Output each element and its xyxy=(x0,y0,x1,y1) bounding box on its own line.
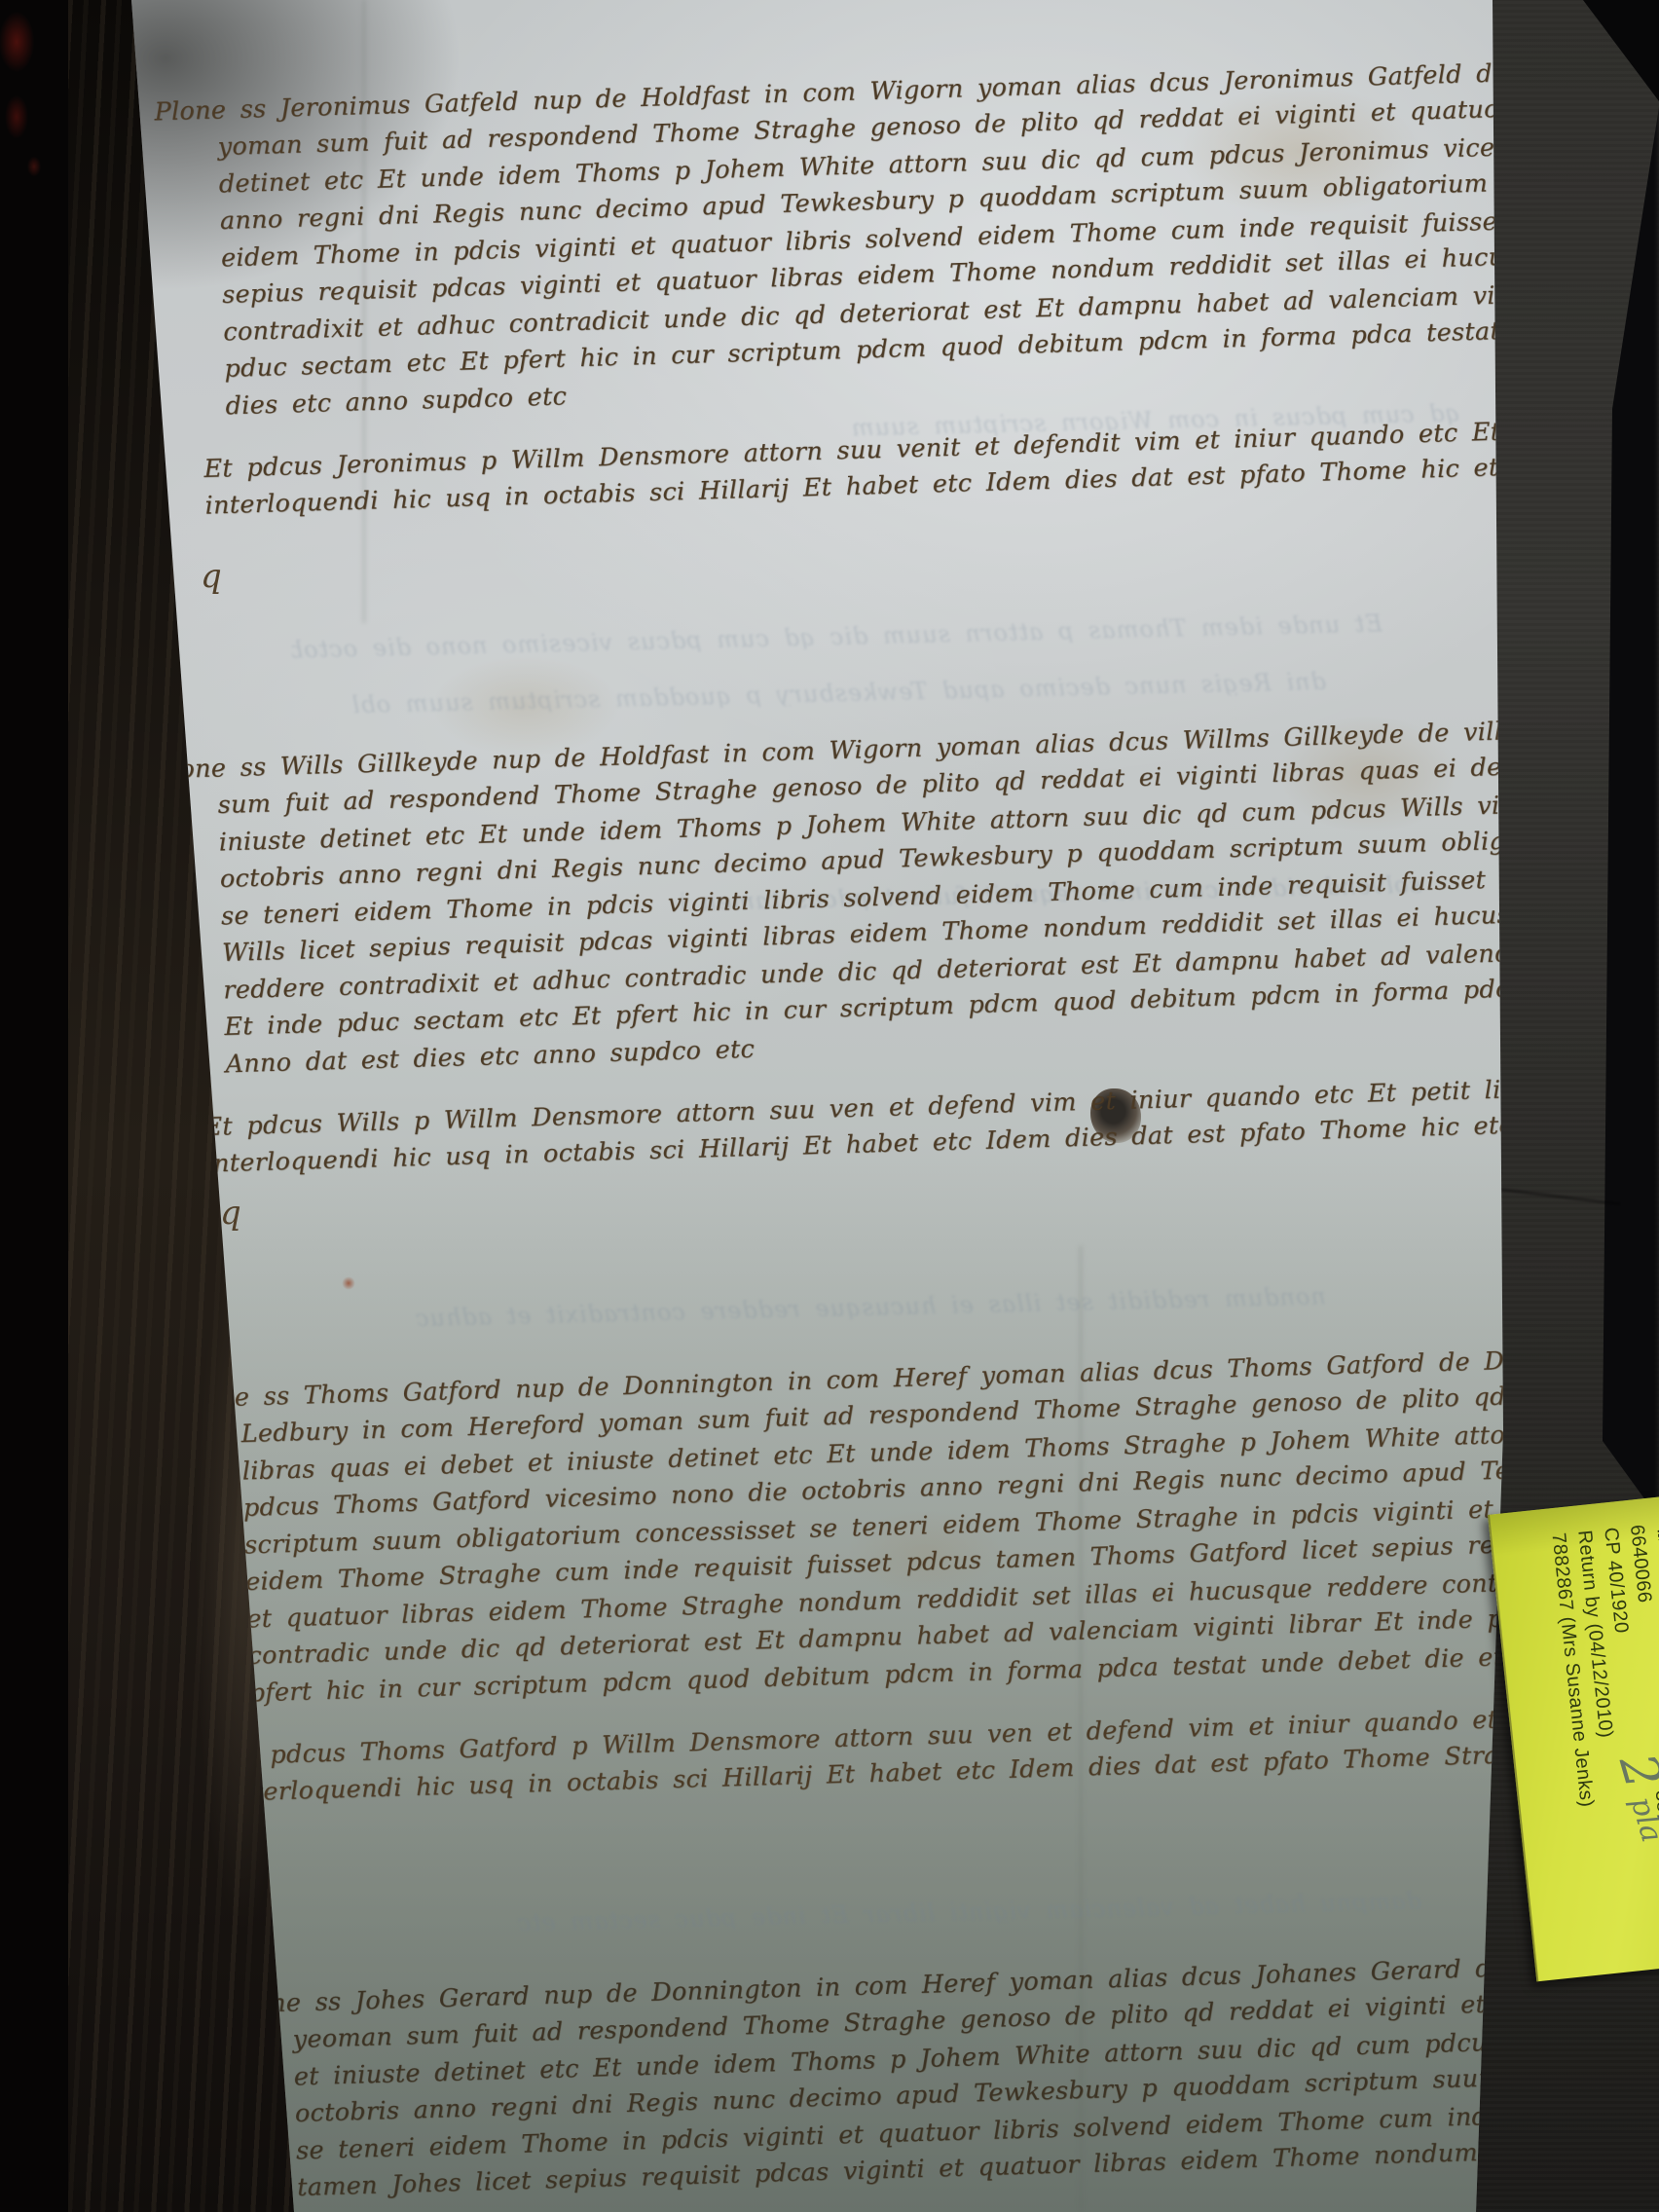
entry-body-lines: Plone ss Jeronimus Gatfeld nup de Holdfa… xyxy=(154,53,1527,425)
entry-closing-lines: Et pdcus Thoms Gatford p Willm Densmore … xyxy=(188,1699,1533,1813)
plea-roll-entry-4: Plone ss Johes Gerard nup de Donnington … xyxy=(229,1946,1578,2208)
margin-mark: q xyxy=(220,1194,241,1233)
entry-closing-lines: Et pdcus Jeronimus p Willm Densmore atto… xyxy=(165,411,1530,525)
plea-roll-entry-3: Plone ss Thoms Gatford nup de Donnington… xyxy=(177,1341,1533,1813)
entry-body-lines: Plone ss Thoms Gatford nup de Donnington… xyxy=(177,1341,1530,1714)
entry-body-lines: Plone ss Wills Gillkeyde nup de Holdfast… xyxy=(154,711,1527,1084)
show-through-text: dampnu habet ad valenciam viginti librar… xyxy=(506,1890,1421,1935)
red-stain-blob xyxy=(25,154,43,179)
margin-mark: q xyxy=(201,557,222,596)
red-stain-blob xyxy=(2,90,31,144)
manuscript-photo: qd cum pdcus in com Wigorn scriptum suum… xyxy=(0,0,1659,2212)
plea-roll-entry-1: Plone ss Jeronimus Gatfeld nup de Holdfa… xyxy=(154,53,1530,525)
rust-speck xyxy=(341,1275,356,1291)
plea-roll-entry-2: Plone ss Wills Gillkeyde nup de Holdfast… xyxy=(154,711,1530,1183)
show-through-text: Et unde idem Thomas p attorn suum dic qd… xyxy=(292,611,1382,661)
red-stain-blob xyxy=(0,4,39,80)
entry-closing-lines: Et pdcus Wills p Willm Densmore attorn s… xyxy=(165,1069,1530,1183)
show-through-text: nondum reddidit set illas ei hucusque re… xyxy=(313,1284,1326,1332)
entry-body-lines: Plone ss Johes Gerard nup de Donnington … xyxy=(229,1946,1578,2208)
